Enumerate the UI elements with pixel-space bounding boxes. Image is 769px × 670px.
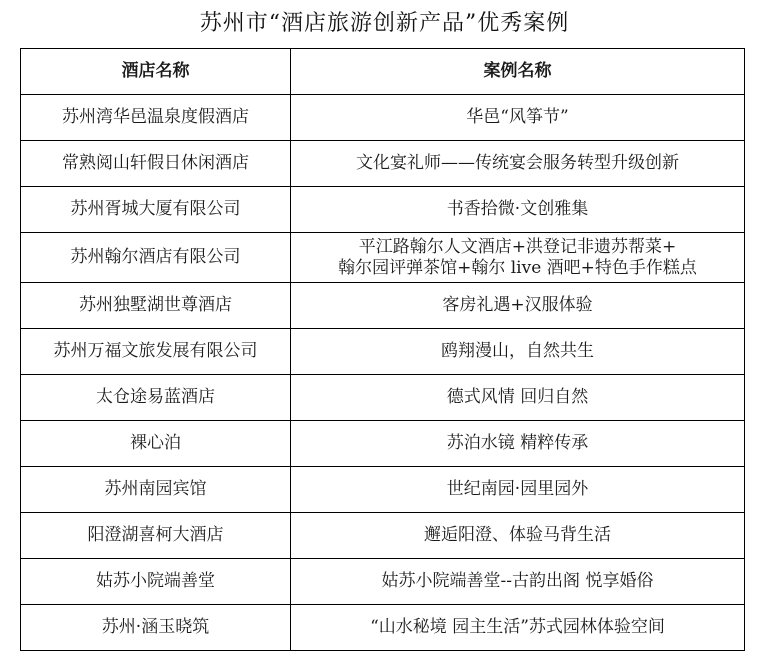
case-line: 书香拾微·文创雅集: [295, 199, 740, 220]
case-line: “山水秘境 园主生活”苏式园林体验空间: [295, 617, 740, 638]
case-line: 华邑“风筝节”: [295, 107, 740, 128]
cases-table: 酒店名称 案例名称 苏州湾华邑温泉度假酒店 华邑“风筝节” 常熟阅山轩假日休闲酒…: [20, 48, 745, 651]
document-title: 苏州市“酒店旅游创新产品”优秀案例: [0, 8, 769, 40]
hotel-name-cell: 阳澄湖喜柯大酒店: [21, 513, 291, 559]
table-row: 苏州·涵玉晓筑 “山水秘境 园主生活”苏式园林体验空间: [21, 605, 745, 651]
hotel-name-cell: 苏州南园宾馆: [21, 467, 291, 513]
case-name-cell: 平江路翰尔人文酒店+洪登记非遗苏帮菜+ 翰尔园评弹茶馆+翰尔 live 酒吧+特…: [291, 233, 745, 283]
case-line: 平江路翰尔人文酒店+洪登记非遗苏帮菜+: [295, 237, 740, 258]
table-row: 阳澄湖喜柯大酒店 邂逅阳澄、体验马背生活: [21, 513, 745, 559]
hotel-name-cell: 苏州万福文旅发展有限公司: [21, 329, 291, 375]
case-name-cell: 苏泊水镜 精粹传承: [291, 421, 745, 467]
case-line: 苏泊水镜 精粹传承: [295, 433, 740, 454]
table-row: 苏州胥城大厦有限公司 书香拾微·文创雅集: [21, 187, 745, 233]
hotel-name-cell: 苏州独墅湖世尊酒店: [21, 283, 291, 329]
case-name-cell: 客房礼遇+汉服体验: [291, 283, 745, 329]
case-name-cell: 姑苏小院端善堂--古韵出阁 悦享婚俗: [291, 559, 745, 605]
case-line: 世纪南园·园里园外: [295, 479, 740, 500]
case-line: 翰尔园评弹茶馆+翰尔 live 酒吧+特色手作糕点: [295, 258, 740, 279]
table-row: 常熟阅山轩假日休闲酒店 文化宴礼师——传统宴会服务转型升级创新: [21, 141, 745, 187]
header-hotel-name: 酒店名称: [21, 49, 291, 95]
case-name-cell: 华邑“风筝节”: [291, 95, 745, 141]
hotel-name-cell: 苏州胥城大厦有限公司: [21, 187, 291, 233]
case-name-cell: 书香拾微·文创雅集: [291, 187, 745, 233]
hotel-name-cell: 太仓途易蓝酒店: [21, 375, 291, 421]
table-row: 姑苏小院端善堂 姑苏小院端善堂--古韵出阁 悦享婚俗: [21, 559, 745, 605]
table-header-row: 酒店名称 案例名称: [21, 49, 745, 95]
hotel-name-cell: 苏州湾华邑温泉度假酒店: [21, 95, 291, 141]
table-row: 苏州翰尔酒店有限公司 平江路翰尔人文酒店+洪登记非遗苏帮菜+ 翰尔园评弹茶馆+翰…: [21, 233, 745, 283]
hotel-name-cell: 裸心泊: [21, 421, 291, 467]
case-line: 客房礼遇+汉服体验: [295, 295, 740, 316]
case-name-cell: 文化宴礼师——传统宴会服务转型升级创新: [291, 141, 745, 187]
hotel-name-cell: 苏州·涵玉晓筑: [21, 605, 291, 651]
case-line: 文化宴礼师——传统宴会服务转型升级创新: [295, 153, 740, 174]
hotel-name-cell: 姑苏小院端善堂: [21, 559, 291, 605]
case-line: 德式风情 回归自然: [295, 387, 740, 408]
case-line: 鸥翔漫山，自然共生: [295, 341, 740, 362]
case-name-cell: “山水秘境 园主生活”苏式园林体验空间: [291, 605, 745, 651]
case-line: 邂逅阳澄、体验马背生活: [295, 525, 740, 546]
table-row: 裸心泊 苏泊水镜 精粹传承: [21, 421, 745, 467]
case-line: 姑苏小院端善堂--古韵出阁 悦享婚俗: [295, 571, 740, 592]
case-name-cell: 邂逅阳澄、体验马背生活: [291, 513, 745, 559]
hotel-name-cell: 苏州翰尔酒店有限公司: [21, 233, 291, 283]
table-row: 苏州独墅湖世尊酒店 客房礼遇+汉服体验: [21, 283, 745, 329]
case-name-cell: 世纪南园·园里园外: [291, 467, 745, 513]
case-name-cell: 德式风情 回归自然: [291, 375, 745, 421]
table-row: 苏州湾华邑温泉度假酒店 华邑“风筝节”: [21, 95, 745, 141]
table-row: 太仓途易蓝酒店 德式风情 回归自然: [21, 375, 745, 421]
table-row: 苏州南园宾馆 世纪南园·园里园外: [21, 467, 745, 513]
hotel-name-cell: 常熟阅山轩假日休闲酒店: [21, 141, 291, 187]
header-case-name: 案例名称: [291, 49, 745, 95]
table-row: 苏州万福文旅发展有限公司 鸥翔漫山，自然共生: [21, 329, 745, 375]
case-name-cell: 鸥翔漫山，自然共生: [291, 329, 745, 375]
